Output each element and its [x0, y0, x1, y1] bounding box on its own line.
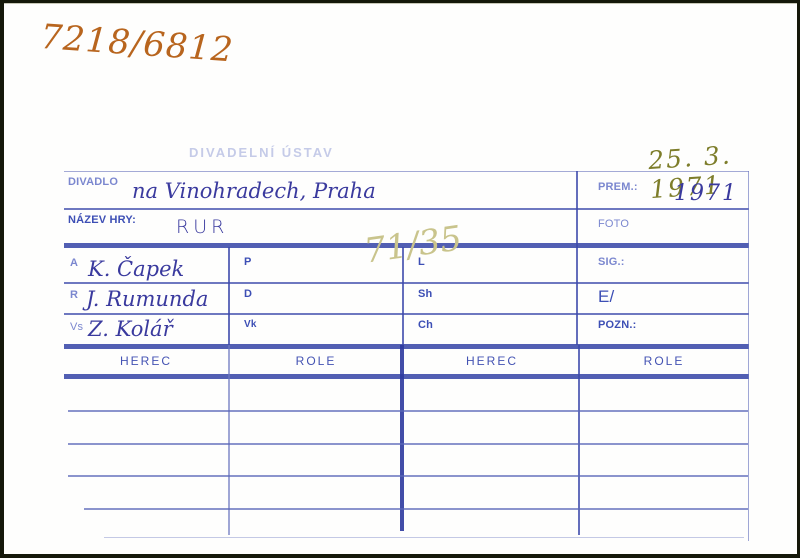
table-row: [64, 443, 748, 475]
label-pozn: POZN.:: [598, 319, 636, 331]
label-ch: Ch: [418, 319, 433, 331]
cell-herec[interactable]: [64, 410, 228, 443]
cell-herec[interactable]: [64, 377, 228, 410]
cell-herec[interactable]: [64, 475, 228, 507]
label-e: E/: [598, 287, 614, 307]
label-p: P: [244, 256, 252, 268]
table-row-line: [104, 537, 744, 538]
cell-role[interactable]: [576, 475, 746, 507]
label-d: D: [244, 288, 252, 300]
value-rezie[interactable]: J. Rumunda: [86, 287, 208, 311]
table-row: [64, 507, 748, 535]
value-autor[interactable]: K. Čapek: [88, 257, 184, 281]
value-nazev-hry[interactable]: RUR: [176, 216, 228, 238]
grid-line: [64, 208, 749, 210]
cell-herec[interactable]: [400, 443, 576, 475]
header-herec-2: HEREC: [406, 354, 578, 368]
cell-herec[interactable]: [64, 507, 228, 535]
card-edge: [4, 3, 797, 4]
cast-table-body: [64, 377, 748, 535]
header-role-1: ROLE: [230, 354, 402, 368]
cell-role[interactable]: [576, 377, 746, 410]
label-rezie: R: [70, 289, 78, 301]
faint-stamp-header: DIVADELNÍ ÚSTAV: [189, 145, 334, 160]
grid-line: [64, 282, 749, 284]
grid-line: [576, 171, 578, 345]
table-row: [64, 410, 748, 443]
value-divadlo[interactable]: na Vinohradech, Praha: [132, 179, 376, 203]
cell-role[interactable]: [228, 507, 400, 535]
grid-line: [64, 344, 749, 349]
label-nazev-hry: NÁZEV HRY:: [68, 214, 136, 226]
label-autor: A: [70, 257, 78, 269]
table-row: [64, 377, 748, 410]
grid-line: [748, 171, 749, 541]
pencil-mark: 71/35: [362, 218, 465, 271]
header-herec-1: HEREC: [64, 354, 228, 368]
cell-role[interactable]: [576, 410, 746, 443]
header-role-2: ROLE: [580, 354, 748, 368]
cell-role[interactable]: [228, 410, 400, 443]
archive-card: 7218/6812 DIVADELNÍ ÚSTAV 25. 3. 1971 DI…: [4, 3, 797, 554]
grid-line: [228, 247, 230, 345]
cell-herec[interactable]: [400, 475, 576, 507]
cell-role[interactable]: [228, 377, 400, 410]
cell-role[interactable]: [228, 475, 400, 507]
cell-role[interactable]: [576, 443, 746, 475]
cell-herec[interactable]: [400, 507, 576, 535]
label-divadlo: DIVADLO: [68, 176, 118, 188]
label-sh: Sh: [418, 288, 432, 300]
grid-line: [64, 313, 749, 315]
value-vyprava[interactable]: Z. Kolář: [88, 317, 173, 341]
cell-role[interactable]: [228, 443, 400, 475]
cell-herec[interactable]: [64, 443, 228, 475]
archive-number: 7218/6812: [39, 17, 235, 70]
grid-line: [64, 171, 749, 172]
label-vk: Vk: [244, 319, 257, 330]
value-prem[interactable]: 1971: [674, 181, 738, 206]
label-foto: FOTO: [598, 218, 629, 230]
label-vyprava: Vs: [70, 321, 83, 333]
label-sig: SIG.:: [598, 256, 625, 268]
cell-role[interactable]: [576, 507, 746, 535]
cell-herec[interactable]: [400, 377, 576, 410]
label-prem: PREM.:: [598, 181, 638, 193]
table-row: [64, 475, 748, 507]
cell-herec[interactable]: [400, 410, 576, 443]
